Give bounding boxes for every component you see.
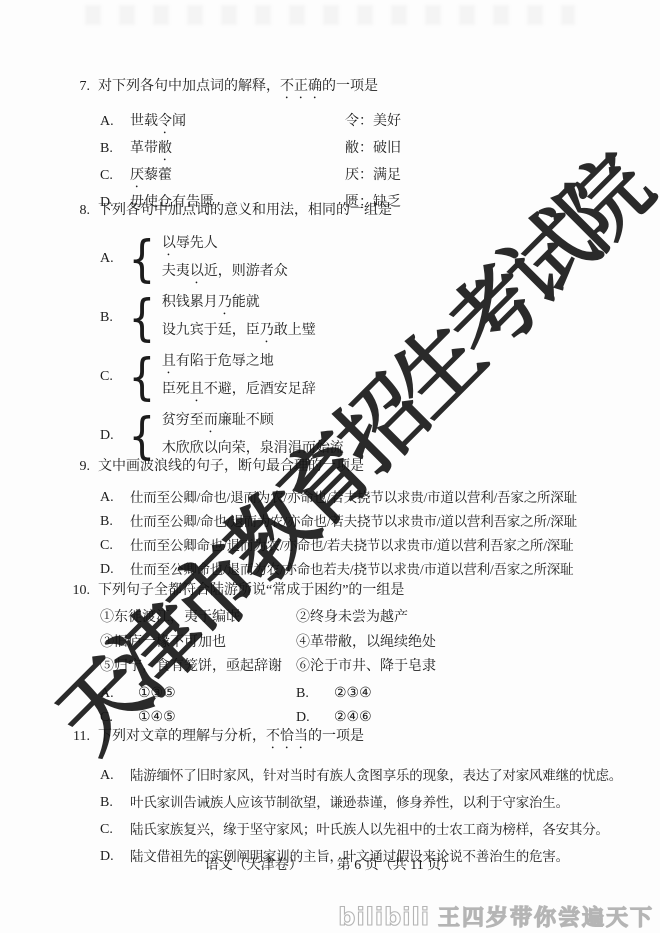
numbered-item-3: ③旧庐一椽不可加也 [100, 631, 296, 656]
question-stem: 对下列各句中加点词的解释，不正确的一项是 [98, 76, 378, 102]
option-text: 陆游缅怀了旧时家风，针对当时有族人贪图享乐的现象，表达了对家风难继的忧虑。 [130, 762, 622, 789]
brace-icon: { [128, 411, 155, 461]
option-phrase: 世载令闻 [130, 110, 345, 137]
question-8: 8. 下列各句中加点词的意义和用法，相同的一组是 A. { 以辱先人 夫夷以近，… [62, 200, 602, 467]
option-label: A. [100, 762, 130, 789]
question-number: 7. [62, 76, 90, 102]
numbered-item-4: ④革带敝，以绳续绝处 [296, 631, 602, 656]
brace-icon: { [128, 352, 155, 402]
option-text: ②③④ [334, 682, 372, 707]
question-number: 9. [62, 456, 90, 478]
numbered-item-2: ②终身未尝为越产 [296, 606, 602, 631]
option-gloss: 厌：满足 [345, 164, 401, 191]
option-row-a: A. ①③⑤ [100, 682, 296, 707]
option-label: B. [100, 510, 130, 534]
option-sentence: 积钱累月乃能就 [162, 290, 316, 318]
question-9: 9. 文中画波浪线的句子，断句最合理的一项是 A. 仕而至公卿/命也/退而为农/… [62, 456, 602, 582]
option-gloss: 敝：破旧 [345, 137, 401, 164]
numbered-item-1: ①东徙渡江，夷于编氓 [100, 606, 296, 631]
footer-subject: 语文（天津卷） [205, 854, 303, 874]
option-row-a: A. 世载令闻 令：美好 [62, 110, 602, 137]
option-row-b: B. { 积钱累月乃能就 设九宾于廷，臣乃敢上璧 [62, 290, 602, 346]
option-sentence: 以辱先人 [162, 231, 288, 259]
question-7: 7. 对下列各句中加点词的解释，不正确的一项是 A. 世载令闻 令：美好 B. … [62, 76, 602, 218]
option-text: 仕而至公卿命也/退而为农/亦命也若夫/挠节以求贵/市道以营利/吾家之所深耻 [130, 558, 573, 582]
option-row-c: C. 仕而至公卿命也/退而为农/亦命也/若夫挠节以求贵市/道以营利吾家之所/深耻 [62, 534, 602, 558]
option-row-a: A. { 以辱先人 夫夷以近，则游者众 [62, 231, 602, 287]
numbered-item-5: ⑤归宁，食有笼饼，亟起辞谢 [100, 655, 296, 680]
option-gloss: 令：美好 [345, 110, 401, 137]
option-label: D. [100, 428, 126, 444]
option-phrase: 厌藜藿 [130, 164, 345, 191]
scan-artifact [85, 5, 575, 25]
option-label: C. [100, 816, 130, 843]
question-number: 8. [62, 200, 90, 222]
option-text: 叶氏家训告诫族人应该节制欲望，谦逊恭谨，修身养性，以利于守家治生。 [130, 789, 569, 816]
option-sentence: 贫穷至而廉耻不顾 [162, 408, 344, 436]
bilibili-logo: bilibili [338, 903, 430, 931]
option-label: C. [100, 534, 130, 558]
question-number: 10. [62, 580, 90, 602]
numbered-item-6: ⑥沦于市井、降于皂隶 [296, 655, 602, 680]
option-label: A. [100, 486, 130, 510]
brace-icon: { [128, 293, 155, 343]
option-sentence: 夫夷以近，则游者众 [162, 259, 288, 287]
option-text: 陆氏家族复兴，缘于坚守家风；叶氏族人以先祖中的士农工商为榜样，各安其分。 [130, 816, 609, 843]
option-text: 仕而至公卿命也/退而为农/亦命也/若夫挠节以求贵市/道以营利吾家之所/深耻 [130, 534, 573, 558]
question-stem: 下列对文章的理解与分析，不恰当的一项是 [98, 726, 364, 752]
option-row-d: D. 仕而至公卿命也/退而为农/亦命也若夫/挠节以求贵/市道以营利/吾家之所深耻 [62, 558, 602, 582]
option-row-b: B. 叶氏家训告诫族人应该节制欲望，谦逊恭谨，修身养性，以利于守家治生。 [62, 789, 602, 816]
option-sentence: 设九宾于廷，臣乃敢上璧 [162, 318, 316, 346]
option-text: ①③⑤ [138, 682, 176, 707]
option-text: 仕而至公卿/命也/退而为农/亦命也/若夫挠节以求贵市/道以营利吾家之所/深耻 [130, 510, 577, 534]
footer-page-number: 第 6 页（共 11 页） [337, 854, 455, 874]
option-label: C. [100, 369, 126, 385]
option-sentence: 臣死且不避，卮酒安足辞 [162, 377, 316, 405]
brace-icon: { [128, 234, 155, 284]
option-row-c: C. 厌藜藿 厌：满足 [62, 164, 602, 191]
option-sentence: 且有陷于危辱之地 [162, 349, 316, 377]
option-label: B. [100, 137, 130, 164]
option-label: A. [100, 682, 138, 707]
option-label: D. [100, 558, 130, 582]
option-label: B. [100, 789, 130, 816]
option-row-c: C. 陆氏家族复兴，缘于坚守家风；叶氏族人以先祖中的士农工商为榜样，各安其分。 [62, 816, 602, 843]
option-row-a: A. 仕而至公卿/命也/退而为农/亦命也/若夫挠节以求贵/市道以营利/吾家之所深… [62, 486, 602, 510]
question-stem: 下列各句中加点词的意义和用法，相同的一组是 [98, 200, 392, 222]
option-label: C. [100, 164, 130, 191]
option-label: B. [296, 682, 334, 707]
option-row-c: C. { 且有陷于危辱之地 臣死且不避，卮酒安足辞 [62, 349, 602, 405]
exam-page: 7. 对下列各句中加点词的解释，不正确的一项是 A. 世载令闻 令：美好 B. … [0, 0, 660, 933]
option-row-b: B. 革带敝 敝：破旧 [62, 137, 602, 164]
bilibili-watermark: bilibili 王四岁带你尝遍天下 [338, 901, 654, 932]
question-stem: 下列句子全都符合陆游所说“常成于困约”的一组是 [98, 580, 404, 602]
question-10: 10. 下列句子全都符合陆游所说“常成于困约”的一组是 ①东徙渡江，夷于编氓 ②… [62, 580, 602, 731]
question-stem: 文中画波浪线的句子，断句最合理的一项是 [98, 456, 364, 478]
page-footer: 语文（天津卷） 第 6 页（共 11 页） [0, 854, 660, 874]
option-row-b: B. ②③④ [296, 682, 602, 707]
option-text: 仕而至公卿/命也/退而为农/亦命也/若夫挠节以求贵/市道以营利/吾家之所深耻 [130, 486, 577, 510]
option-label: A. [100, 110, 130, 137]
option-row-b: B. 仕而至公卿/命也/退而为农/亦命也/若夫挠节以求贵市/道以营利吾家之所/深… [62, 510, 602, 534]
question-number: 11. [62, 726, 90, 752]
option-label: B. [100, 310, 126, 326]
option-phrase: 革带敝 [130, 137, 345, 164]
option-row-a: A. 陆游缅怀了旧时家风，针对当时有族人贪图享乐的现象，表达了对家风难继的忧虑。 [62, 762, 602, 789]
watermark-text: 王四岁带你尝遍天下 [438, 901, 654, 932]
question-11: 11. 下列对文章的理解与分析，不恰当的一项是 A. 陆游缅怀了旧时家风，针对当… [62, 726, 602, 870]
option-label: A. [100, 251, 126, 267]
